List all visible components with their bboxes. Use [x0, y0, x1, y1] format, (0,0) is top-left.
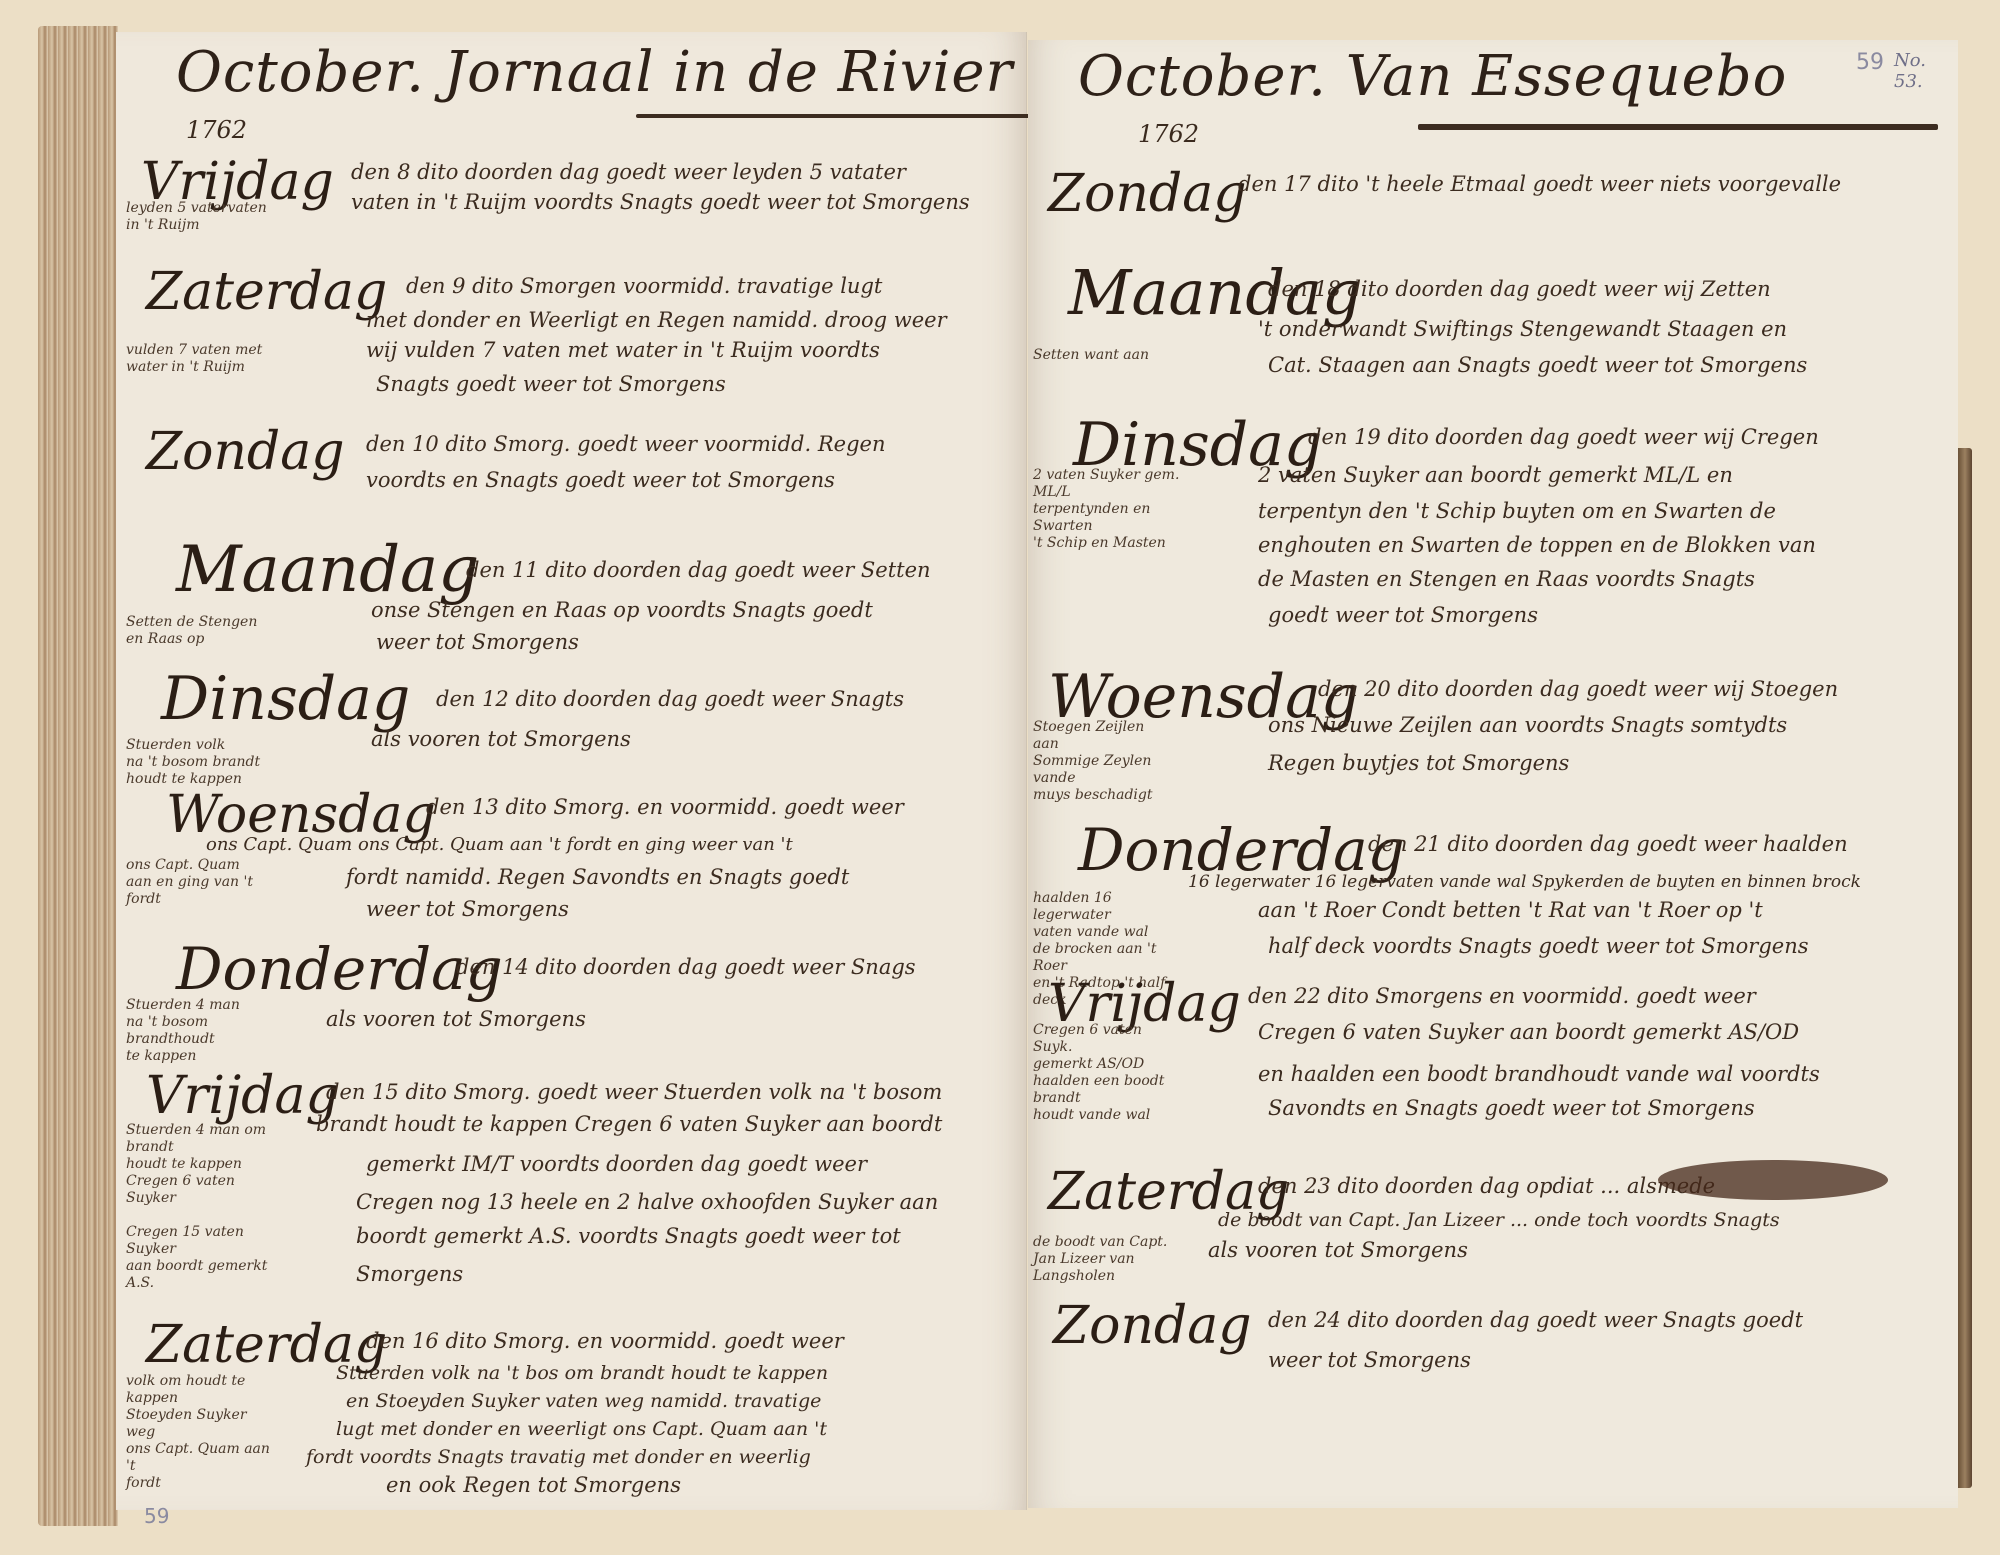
right-page-title: October. Van Essequebo [1078, 44, 1787, 109]
left-page: October. Jornaal in de Rivier 1762 Vrijd… [116, 32, 1027, 1510]
margin-note: de boodt van Capt. Jan Lizeer van Langsh… [1033, 1234, 1183, 1285]
entry-line: den 13 dito Smorg. en voormidd. goedt we… [426, 795, 904, 819]
entry-line: 't onderwandt Swiftings Stengewandt Staa… [1258, 317, 1787, 341]
diary-entry: Dinsdag den 12 dito doorden dag goedt we… [136, 657, 1026, 767]
entry-line: Regen buytjes tot Smorgens [1268, 751, 1569, 775]
entry-line: met donder en Weerligt en Regen namidd. … [366, 308, 947, 332]
entry-line: den 19 dito doorden dag goedt weer wij C… [1308, 425, 1819, 449]
left-page-year: 1762 [186, 116, 247, 144]
margin-note: ons Capt. Quam aan en ging van 't fordt [126, 857, 276, 908]
entry-line: brandt houdt te kappen Cregen 6 vaten Su… [316, 1112, 942, 1136]
diary-entry: Vrijdag den 8 dito doorden dag goedt wee… [136, 142, 1026, 252]
diary-entry: Woensdag den 20 dito doorden dag goedt w… [1038, 655, 1948, 805]
diary-entry: Zaterdag den 16 dito Smorg. en voormidd.… [136, 1307, 1026, 1507]
title-flourish [636, 114, 1056, 118]
entry-line: half deck voordts Snagts goedt weer tot … [1268, 934, 1809, 958]
entry-line: den 9 dito Smorgen voormidd. travatige l… [406, 274, 882, 298]
entry-line: den 10 dito Smorg. goedt weer voormidd. … [366, 432, 885, 456]
entry-line: den 14 dito doorden dag goedt weer Snags [456, 955, 916, 979]
entry-line: en Stoeyden Suyker vaten weg namidd. tra… [346, 1389, 821, 1413]
entry-line: boordt gemerkt A.S. voordts Snagts goedt… [356, 1224, 901, 1248]
page-edge-damage [1958, 448, 1972, 1488]
entry-line: den 15 dito Smorg. goedt weer Stuerden v… [326, 1080, 942, 1104]
entry-line: onse Stengen en Raas op voordts Snagts g… [371, 598, 873, 622]
entry-line: vaten in 't Ruijm voordts Snagts goedt w… [351, 190, 970, 214]
diary-entry: Dinsdag den 19 dito doorden dag goedt we… [1038, 395, 1948, 655]
margin-note: Setten want aan [1033, 347, 1183, 364]
diary-entry: Zaterdag den 9 dito Smorgen voormidd. tr… [136, 252, 1026, 402]
day-heading: Zondag [1048, 166, 1247, 222]
entry-line: ons Nieuwe Zeijlen aan voordts Snagts so… [1268, 713, 1787, 737]
margin-note: vulden 7 vaten met water in 't Ruijm [126, 342, 276, 376]
open-manuscript-book: October. Jornaal in de Rivier 1762 Vrijd… [0, 0, 2000, 1555]
margin-note: leyden 5 vatervaten in 't Ruijm [126, 200, 276, 234]
entry-line: Cat. Staagen aan Snagts goedt weer tot S… [1268, 353, 1807, 377]
folio-number: 59 [1856, 50, 1884, 75]
entry-line: gemerkt IM/T voordts doorden dag goedt w… [366, 1152, 867, 1176]
margin-note: Cregen 6 vaten Suyk. gemerkt AS/OD haald… [1033, 1022, 1183, 1124]
day-heading: Donderdag [176, 941, 503, 997]
entry-line: fordt voordts Snagts travatig met donder… [306, 1445, 811, 1469]
margin-note: Setten de Stengen en Raas op [126, 614, 276, 648]
margin-note: volk om houdt te kappen Stoeyden Suyker … [126, 1373, 276, 1492]
diary-entry: Zondag den 24 dito doorden dag goedt wee… [1038, 1290, 1948, 1390]
entry-line: den 22 dito Smorgens en voormidd. goedt … [1248, 984, 1756, 1008]
entry-line: terpentyn den 't Schip buyten om en Swar… [1258, 499, 1776, 523]
entry-line: fordt namidd. Regen Savondts en Snagts g… [346, 865, 849, 889]
right-page: October. Van Essequebo 1762 59 No. 53. Z… [1028, 40, 1958, 1508]
entry-line: den 23 dito doorden dag opdiat ... alsme… [1258, 1174, 1715, 1198]
entry-line: den 20 dito doorden dag goedt weer wij S… [1318, 677, 1838, 701]
margin-note: Stoegen Zeijlen aan Sommige Zeylen vande… [1033, 719, 1183, 804]
entry-line: en haalden een boodt brandhoudt vande wa… [1258, 1062, 1820, 1086]
day-heading: Vrijdag [146, 1068, 339, 1124]
diary-entry: Vrijdag den 15 dito Smorg. goedt weer St… [136, 1062, 1026, 1302]
ink-blot [1658, 1160, 1888, 1200]
day-heading: Dinsdag [161, 671, 410, 727]
folio-reference: No. 53. [1894, 50, 1958, 92]
entry-line: Smorgens [356, 1262, 463, 1286]
entry-line: Stuerden volk na 't bos om brandt houdt … [336, 1361, 828, 1385]
diary-entry: Maandag den 18 dito doorden dag goedt we… [1038, 235, 1948, 395]
entry-line: 2 vaten Suyker aan boordt gemerkt ML/L e… [1258, 463, 1733, 487]
entry-line: weer tot Smorgens [366, 897, 569, 921]
page-stack-edge [38, 26, 118, 1526]
right-page-year: 1762 [1138, 120, 1199, 148]
entry-line: aan 't Roer Condt betten 't Rat van 't R… [1258, 898, 1763, 922]
entry-line: den 24 dito doorden dag goedt weer Snagt… [1268, 1308, 1803, 1332]
entry-line: den 18 dito doorden dag goedt weer wij Z… [1268, 277, 1771, 301]
entry-line: de Masten en Stengen en Raas voordts Sna… [1258, 567, 1755, 591]
entry-line: als vooren tot Smorgens [1208, 1238, 1468, 1262]
diary-entry: Donderdag den 14 dito doorden dag goedt … [136, 927, 1026, 1042]
entry-line: als vooren tot Smorgens [326, 1007, 586, 1031]
entry-line: als vooren tot Smorgens [371, 727, 631, 751]
entry-line: weer tot Smorgens [376, 630, 579, 654]
day-heading: Zaterdag [146, 264, 387, 320]
diary-entry: Vrijdag den 22 dito Smorgens en voormidd… [1038, 970, 1948, 1140]
margin-note: 2 vaten Suyker gem. ML/L terpentynden en… [1033, 467, 1183, 552]
entry-line: den 12 dito doorden dag goedt weer Snagt… [436, 687, 904, 711]
entry-line: lugt met donder en weerligt ons Capt. Qu… [336, 1417, 827, 1441]
entry-line: Cregen 6 vaten Suyker aan boordt gemerkt… [1258, 1020, 1799, 1044]
margin-note: Stuerden 4 man om brandt houdt te kappen… [126, 1122, 276, 1292]
entry-line: wij vulden 7 vaten met water in 't Ruijm… [366, 338, 880, 362]
diary-entry: Zondag den 10 dito Smorg. goedt weer voo… [136, 412, 1026, 512]
entry-line: de boodt van Capt. Jan Lizeer ... onde t… [1218, 1208, 1780, 1232]
margin-note: Stuerden 4 man na 't bosom brandthoudt t… [126, 997, 276, 1065]
entry-line: den 17 dito 't heele Etmaal goedt weer n… [1238, 172, 1841, 196]
title-flourish [1418, 124, 1938, 130]
diary-entry: Maandag den 11 dito doorden dag goedt we… [136, 522, 1026, 652]
entry-line: Cregen nog 13 heele en 2 halve oxhoofden… [356, 1190, 938, 1214]
entry-line: voordts en Snagts goedt weer tot Smorgen… [366, 468, 835, 492]
entry-line: den 11 dito doorden dag goedt weer Sette… [466, 558, 931, 582]
footer-page-number: 59 [144, 1504, 169, 1528]
entry-line: goedt weer tot Smorgens [1268, 603, 1538, 627]
entry-line: enghouten en Swarten de toppen en de Blo… [1258, 533, 1816, 557]
day-heading: Zondag [1053, 1298, 1252, 1354]
entry-line: 16 legerwater 16 legervaten vande wal Sp… [1188, 870, 1861, 894]
entry-line: Snagts goedt weer tot Smorgens [376, 372, 726, 396]
diary-entry: Zaterdag den 23 dito doorden dag opdiat … [1038, 1150, 1948, 1290]
entry-line: den 8 dito doorden dag goedt weer leyden… [351, 160, 906, 184]
day-heading: Maandag [176, 542, 479, 598]
diary-entry: Donderdag den 21 dito doorden dag goedt … [1038, 810, 1948, 970]
entry-line: en ook Regen tot Smorgens [386, 1473, 681, 1497]
entry-line: ons Capt. Quam ons Capt. Quam aan 't for… [206, 833, 793, 857]
day-heading: Zondag [146, 424, 345, 480]
diary-entry: Zondag den 17 dito 't heele Etmaal goedt… [1038, 150, 1948, 230]
left-page-title: October. Jornaal in de Rivier [176, 40, 1013, 105]
entry-line: den 21 dito doorden dag goedt weer haald… [1368, 832, 1848, 856]
entry-line: weer tot Smorgens [1268, 1348, 1471, 1372]
diary-entry: Woensdag den 13 dito Smorg. en voormidd.… [136, 777, 1026, 927]
entry-line: den 16 dito Smorg. en voormidd. goedt we… [366, 1329, 844, 1353]
entry-line: Savondts en Snagts goedt weer tot Smorge… [1268, 1096, 1755, 1120]
